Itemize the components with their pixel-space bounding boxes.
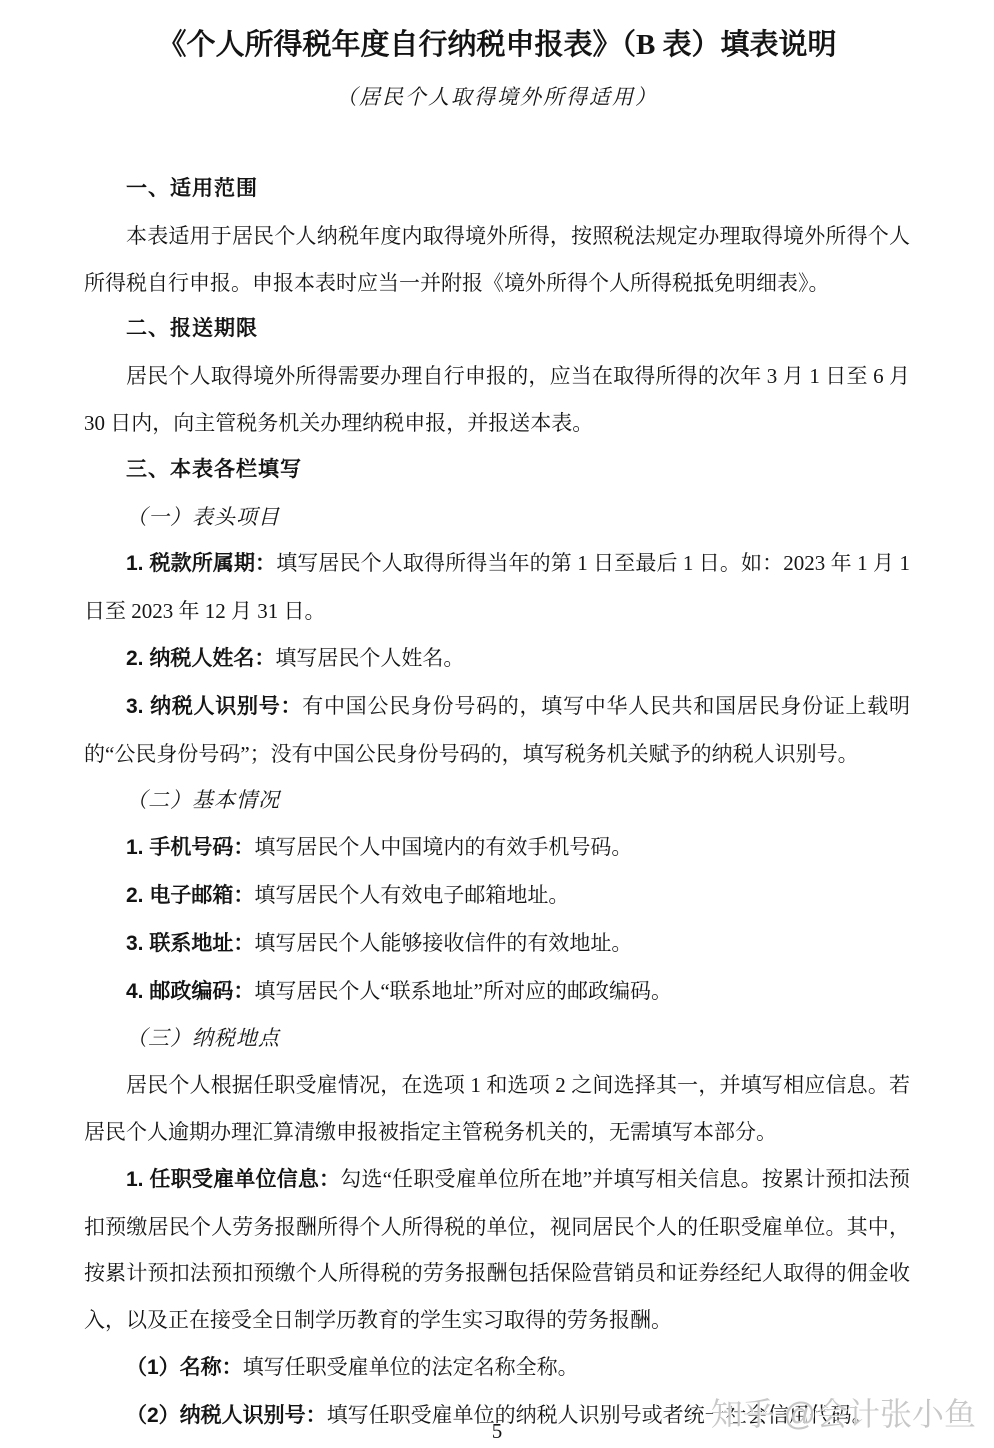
paragraph: 居民个人取得境外所得需要办理自行申报的，应当在取得所得的次年 3 月 1 日至 … [84,353,910,447]
term-label: （1）名称： [126,1356,243,1379]
section-subheading: （二）基本情况 [84,777,910,824]
document-body: 一、适用范围本表适用于居民个人纳税年度内取得境外所得，按照税法规定办理取得境外所… [84,166,910,1440]
term-label: 2. 电子邮箱： [126,884,254,907]
paragraph: 1. 任职受雇单位信息：勾选“任职受雇单位所在地”并填写相关信息。按累计预扣法预… [84,1156,910,1344]
section-heading: 二、报送期限 [84,306,910,353]
paragraph: 2. 纳税人姓名：填写居民个人姓名。 [84,635,910,683]
paragraph: 1. 税款所属期：填写居民个人取得所得当年的第 1 日至最后 1 日。如：202… [84,540,910,635]
term-label: 3. 纳税人识别号： [126,695,302,718]
section-heading: 三、本表各栏填写 [84,447,910,494]
section-subheading: （一）表头项目 [84,494,910,541]
paragraph: 3. 联系地址：填写居民个人能够接收信件的有效地址。 [84,920,910,968]
paragraph: 2. 电子邮箱：填写居民个人有效电子邮箱地址。 [84,872,910,920]
term-label: 1. 任职受雇单位信息： [126,1168,340,1191]
page-subtitle: （居民个人取得境外所得适用） [84,84,910,110]
term-definition: 填写居民个人“联系地址”所对应的邮政编码。 [254,979,672,1003]
paragraph: 1. 手机号码：填写居民个人中国境内的有效手机号码。 [84,824,910,872]
page-title: 《个人所得税年度自行纳税申报表》（B 表）填表说明 [84,26,910,64]
term-label: 2. 纳税人姓名： [126,647,275,670]
term-definition: 勾选“任职受雇单位所在地”并填写相关信息。按累计预扣法预扣预缴居民个人劳务报酬所… [84,1167,910,1332]
term-label: 1. 税款所属期： [126,552,276,575]
section-subheading: （三）纳税地点 [84,1015,910,1062]
term-label: 4. 邮政编码： [126,980,254,1003]
term-definition: 填写居民个人中国境内的有效手机号码。 [254,835,632,859]
paragraph: 本表适用于居民个人纳税年度内取得境外所得，按照税法规定办理取得境外所得个人所得税… [84,213,910,307]
paragraph: 居民个人根据任职受雇情况，在选项 1 和选项 2 之间选择其一，并填写相应信息。… [84,1062,910,1156]
paragraph: 3. 纳税人识别号：有中国公民身份号码的，填写中华人民共和国居民身份证上载明的“… [84,683,910,778]
term-definition: 填写任职受雇单位的法定名称全称。 [243,1355,579,1379]
term-definition: 填写居民个人能够接收信件的有效地址。 [254,931,632,955]
term-label: 1. 手机号码： [126,836,254,859]
section-heading: 一、适用范围 [84,166,910,213]
watermark-text: 知乎 @会计张小鱼 [711,1396,976,1432]
paragraph: 4. 邮政编码：填写居民个人“联系地址”所对应的邮政编码。 [84,968,910,1016]
term-definition: 填写居民个人姓名。 [275,646,464,670]
document-page: 《个人所得税年度自行纳税申报表》（B 表）填表说明 （居民个人取得境外所得适用）… [0,0,994,1448]
term-definition: 填写居民个人有效电子邮箱地址。 [254,883,569,907]
term-label: 3. 联系地址： [126,932,254,955]
paragraph: （1）名称：填写任职受雇单位的法定名称全称。 [84,1344,910,1392]
